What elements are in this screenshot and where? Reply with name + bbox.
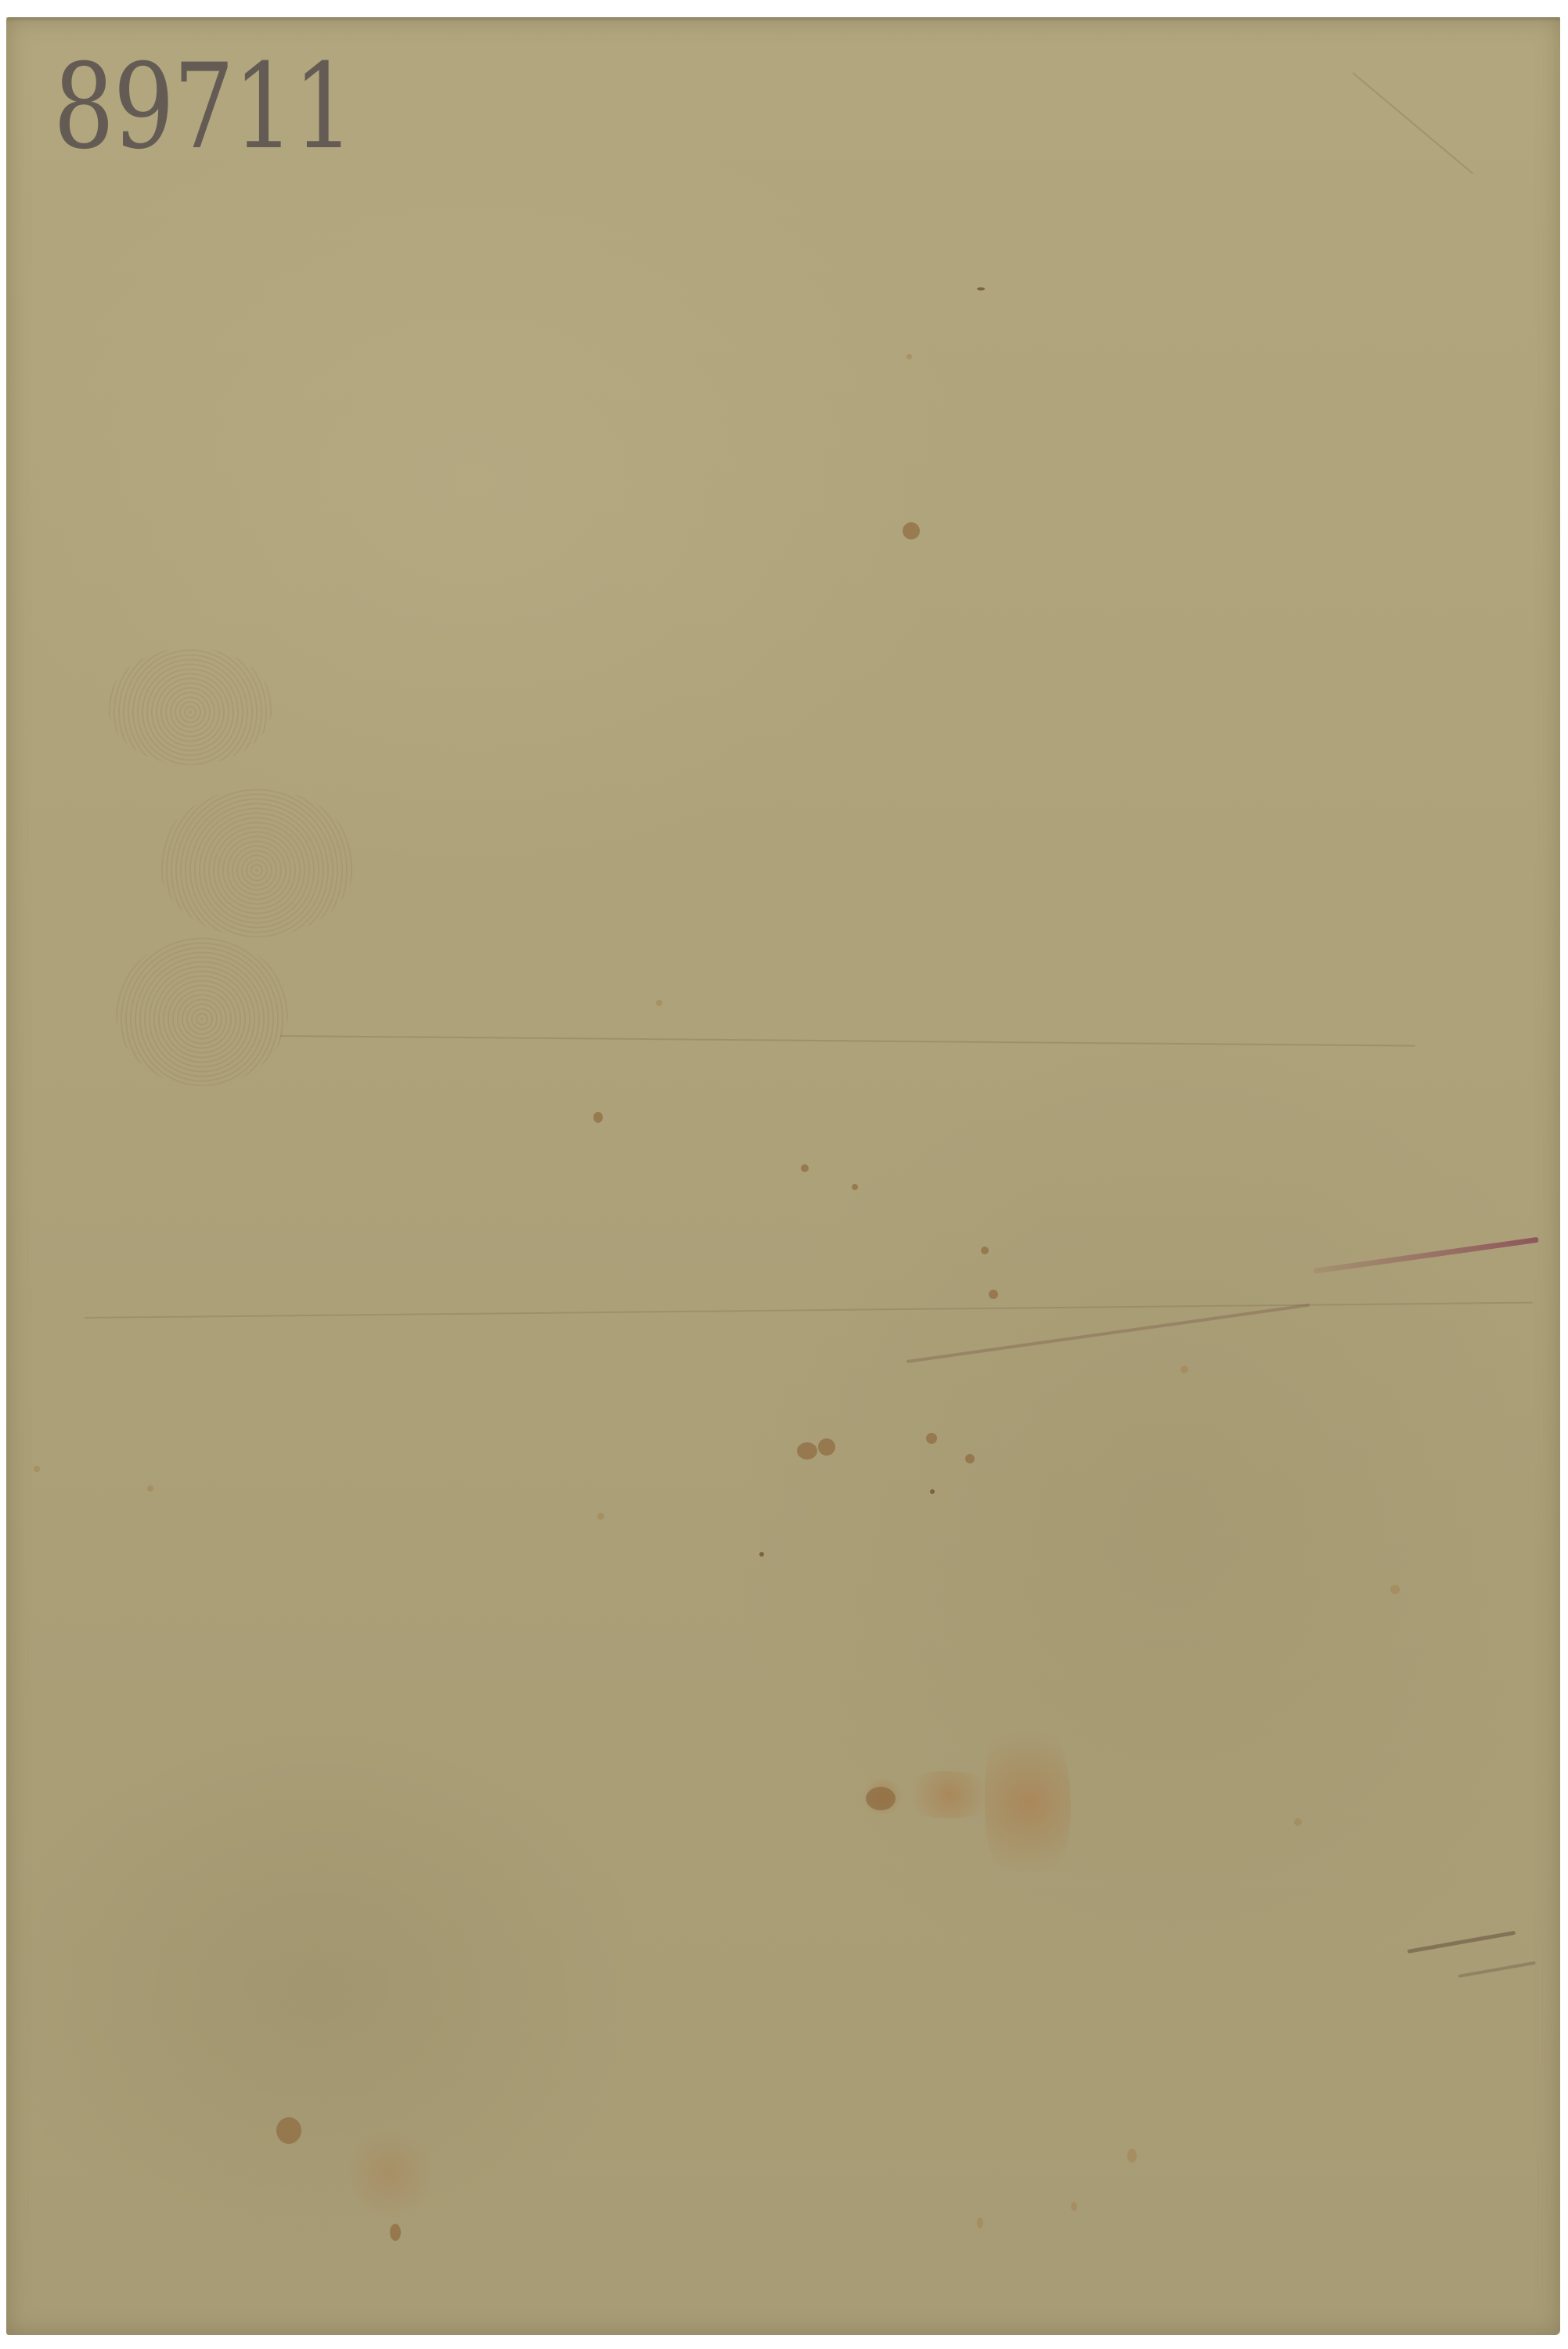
foxing-spot: [903, 522, 920, 539]
pencil-mark-faint: [1458, 1961, 1536, 1978]
foxing-spot: [977, 2217, 983, 2228]
foxing-spot: [926, 1433, 937, 1444]
fingerprint-smudge: [159, 788, 355, 937]
paper-crease: [280, 1035, 1415, 1047]
foxing-spot: [907, 354, 912, 359]
pencil-mark: [1314, 1237, 1539, 1274]
foxing-spot: [1127, 2149, 1137, 2163]
page-top-edge: [6, 17, 1560, 22]
foxing-spot: [34, 1466, 40, 1472]
foxing-spot: [1294, 1818, 1302, 1826]
fingerprint-smudge: [108, 648, 272, 765]
foxing-spot: [818, 1438, 835, 1456]
foxing-spot: [989, 1290, 998, 1299]
rust-stain-core: [866, 1787, 896, 1810]
foxing-spot: [1390, 1585, 1400, 1594]
foxing-spot: [597, 1513, 604, 1520]
foxing-spot: [797, 1442, 817, 1460]
foxing-spot: [965, 1454, 975, 1463]
rust-stain: [343, 2131, 437, 2217]
foxing-spot: [593, 1112, 603, 1123]
pencil-mark-faint: [1408, 1931, 1516, 1954]
pencil-mark-faint: [907, 1304, 1310, 1363]
paper-crease: [1352, 72, 1472, 174]
foxing-spot: [981, 1247, 989, 1254]
foxing-spot: [147, 1485, 153, 1492]
foxing-spot: [1071, 2202, 1077, 2211]
foxing-spot: [930, 1489, 935, 1494]
foxing-spot: [276, 2117, 301, 2144]
foxing-spot: [390, 2224, 401, 2241]
foxing-spot: [852, 1184, 858, 1190]
rust-stain: [899, 1771, 1000, 1818]
foxing-spot: [759, 1552, 764, 1557]
document-page: 89711: [6, 17, 1560, 2335]
foxing-spot: [1181, 1366, 1188, 1373]
foxing-spot: [801, 1164, 809, 1172]
paper-crease: [85, 1302, 1533, 1319]
archive-stamp-number: 89711: [53, 49, 353, 166]
foxing-spot: [656, 1000, 662, 1006]
fingerprint-smudge: [116, 937, 288, 1086]
foxing-spot: [977, 287, 985, 290]
